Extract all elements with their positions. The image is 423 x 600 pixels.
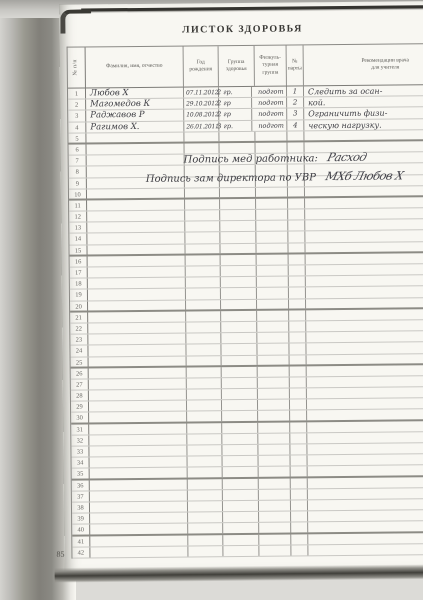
cell-desk (289, 321, 306, 331)
cell-desk (288, 198, 305, 208)
cell-pe (258, 389, 290, 399)
cell-desk (289, 288, 306, 298)
cell-health (219, 132, 255, 142)
cell-health (223, 534, 259, 545)
cell-health (222, 378, 258, 389)
page-bottom-edge-line (55, 564, 423, 583)
row-number: 39 (72, 514, 90, 524)
cell-pe (259, 489, 291, 499)
cell-birth (188, 468, 223, 478)
cell-name (88, 311, 186, 322)
row-number: 32 (71, 435, 89, 445)
cell-name (89, 390, 187, 401)
cell-desk (290, 422, 307, 432)
cell-desk (291, 500, 308, 510)
cell-pe: подгот (255, 98, 287, 108)
cell-pe (258, 400, 290, 410)
cell-desk (290, 377, 307, 387)
cell-rec (307, 364, 423, 376)
cell-name (89, 412, 187, 422)
row-number: 1 (68, 88, 86, 98)
cell-health (223, 490, 259, 501)
cell-name (88, 278, 186, 289)
cell-birth (188, 456, 223, 467)
cell-pe: подгот (255, 120, 287, 130)
row-number: 11 (69, 200, 87, 210)
cell-pe (257, 321, 289, 331)
paper-wrapper: ЛИСТОК ЗДОРОВЬЯ № п/п Фамилия, имя, отче… (0, 0, 423, 600)
row-number: 35 (72, 469, 90, 478)
deputy-director-signature-line: Подпись зам директора по УВР МХб Любов Х (146, 168, 404, 184)
cell-rec (307, 443, 423, 455)
cell-rec (306, 309, 423, 321)
cell-name (89, 356, 187, 366)
cell-birth (186, 322, 221, 333)
cell-name (88, 345, 186, 356)
cell-birth (185, 210, 220, 221)
cell-health (221, 333, 257, 344)
cell-health (222, 389, 258, 400)
cell-rec (307, 353, 423, 364)
cell-name (90, 535, 188, 546)
row-number: 10 (69, 189, 87, 198)
cell-desk (291, 489, 308, 499)
row-number: 9 (69, 178, 87, 188)
cell-health (220, 243, 256, 253)
cell-health (222, 445, 258, 456)
cell-desk (289, 254, 306, 264)
cell-name (89, 401, 187, 412)
cell-rec (307, 387, 423, 399)
cell-pe (257, 299, 289, 308)
cell-birth (185, 199, 220, 210)
cell-birth (184, 132, 219, 142)
cell-name (90, 479, 188, 490)
cell-pe (258, 411, 290, 420)
row-number: 2 (68, 100, 86, 110)
row-number: 8 (69, 167, 87, 177)
cell-name (87, 244, 185, 254)
cell-birth (185, 233, 220, 244)
cell-birth (186, 266, 221, 277)
cell-rec (306, 253, 423, 265)
page-number: 85 (56, 550, 64, 559)
cell-rec (306, 275, 423, 287)
header-full-name: Фамилия, имя, отчество (86, 47, 184, 88)
cell-name (90, 513, 188, 524)
cell-pe (257, 254, 289, 264)
cell-rec (308, 488, 423, 500)
cell-health (220, 210, 256, 221)
cell-desk (291, 511, 308, 521)
row-number: 15 (69, 245, 87, 254)
cell-health (223, 501, 259, 512)
cell-pe (257, 277, 289, 287)
deputy-director-signature-label: Подпись зам директора по УВР (146, 172, 316, 185)
cell-rec (307, 432, 423, 444)
row-number: 31 (71, 424, 89, 434)
cell-desk (290, 411, 307, 420)
cell-desk (290, 355, 307, 364)
header-health-group: Группа здоровья (219, 46, 255, 86)
cell-pe (258, 456, 290, 466)
row-number: 16 (70, 256, 88, 266)
cell-health (222, 411, 258, 421)
cell-desk (291, 523, 308, 532)
cell-birth (188, 535, 223, 546)
cell-desk (288, 221, 305, 231)
cell-rec: Ограничить физи- (304, 107, 423, 119)
cell-name (87, 233, 185, 244)
cell-name (89, 378, 187, 389)
cell-birth (186, 311, 221, 322)
header-desk-number: № парты (287, 45, 304, 85)
row-number: 38 (72, 502, 90, 512)
row-number: 13 (69, 223, 87, 233)
row-number: 29 (71, 402, 89, 412)
cell-pe (258, 377, 290, 387)
cell-pe (256, 210, 288, 220)
cell-desk (288, 243, 305, 252)
cell-health (223, 546, 259, 557)
cell-rec (307, 420, 423, 432)
deputy-director-signature: МХб Любов Х (324, 168, 405, 183)
cell-desk (290, 456, 307, 466)
row-number: 40 (72, 525, 90, 534)
cell-rec (305, 241, 423, 252)
cell-name (89, 434, 187, 445)
cell-pe (259, 500, 291, 510)
cell-pe (256, 187, 288, 196)
cell-health (220, 188, 256, 198)
cell-desk (288, 209, 305, 219)
cell-health (223, 523, 259, 533)
cell-birth (186, 300, 221, 310)
cell-name (89, 423, 187, 434)
row-number: 19 (70, 290, 88, 300)
cell-pe (259, 512, 291, 522)
cell-birth (188, 501, 223, 512)
cell-health (221, 266, 257, 277)
cell-rec: ческую нагрузку. (304, 118, 423, 130)
header-pe-group: Физкуль- турная группа (255, 46, 287, 86)
cell-health: 2 гр. (216, 87, 252, 98)
cell-pe (259, 523, 291, 532)
row-number: 36 (72, 480, 90, 490)
row-number: 22 (70, 323, 88, 333)
cell-desk (289, 299, 306, 308)
cell-desk (290, 433, 307, 443)
row-number: 24 (70, 346, 88, 356)
cell-birth (187, 356, 222, 366)
cell-name (90, 501, 188, 512)
cell-desk: 4 (287, 120, 304, 130)
cell-birth (187, 423, 222, 434)
row-number: 21 (70, 312, 88, 322)
cell-desk (290, 400, 307, 410)
cell-health (221, 299, 257, 309)
cell-birth: 26.01.2011 (184, 121, 219, 132)
cell-pe: подгот (255, 109, 287, 119)
cell-pe: подгот (255, 87, 287, 97)
cell-name (88, 267, 186, 278)
row-number: 7 (69, 156, 87, 166)
cell-birth: 10.08.2012 (184, 110, 219, 121)
cell-pe (256, 232, 288, 242)
cell-rec (304, 130, 423, 141)
cell-health (223, 512, 259, 523)
cell-birth (185, 244, 220, 254)
row-number: 26 (71, 368, 89, 378)
cell-name (90, 490, 188, 501)
cell-name: Любов Х (86, 88, 184, 99)
cell-name (87, 188, 185, 198)
cell-desk (289, 265, 306, 275)
cell-health (222, 355, 258, 365)
med-worker-signature: Расход (326, 150, 368, 164)
cell-health (221, 311, 257, 322)
cell-name (87, 211, 185, 222)
cell-pe (255, 131, 287, 140)
med-worker-signature-line: Подпись мед работника: Расход (184, 150, 367, 166)
cell-pe (257, 288, 289, 298)
cell-pe (256, 221, 288, 231)
row-number: 33 (71, 446, 89, 456)
cell-health (221, 322, 257, 333)
cell-birth (186, 255, 221, 266)
cell-desk (289, 332, 306, 342)
cell-rec (308, 543, 423, 555)
cell-pe (257, 266, 289, 276)
cell-name (89, 367, 187, 378)
cell-health: 2 гр (216, 98, 252, 109)
cell-health (223, 467, 259, 477)
cell-pe (258, 355, 290, 364)
cell-rec (307, 454, 423, 466)
cell-pe (258, 445, 290, 455)
cell-pe (257, 333, 289, 343)
cell-name (86, 143, 184, 154)
row-number: 3 (68, 111, 86, 121)
cell-pe (259, 545, 291, 555)
cell-birth (188, 546, 223, 557)
cell-birth (187, 434, 222, 445)
cell-rec (305, 197, 423, 209)
cell-rec (308, 510, 423, 522)
cell-health (221, 277, 257, 288)
cell-rec (308, 465, 423, 476)
cell-name (88, 300, 186, 310)
cell-name (88, 322, 186, 333)
cell-rec (306, 331, 423, 343)
cell-birth (187, 389, 222, 400)
cell-health (220, 232, 256, 243)
row-number: 41 (72, 536, 90, 546)
cell-birth (188, 523, 223, 533)
cell-rec (307, 398, 423, 410)
cell-rec (306, 342, 423, 354)
cell-rec: Следить за осан- (304, 85, 423, 97)
cell-rec (307, 409, 423, 420)
cell-name (90, 524, 188, 534)
cell-health: 2 гр (216, 109, 252, 120)
cell-rec (308, 476, 423, 488)
cell-pe (259, 478, 291, 488)
cell-rec (306, 297, 423, 308)
cell-desk (289, 344, 306, 354)
cell-pe (257, 344, 289, 354)
cell-desk (288, 232, 305, 242)
row-number: 17 (70, 267, 88, 277)
cell-pe (256, 198, 288, 208)
cell-name (88, 255, 186, 266)
health-sheet-table: № п/п Фамилия, имя, отчество Год рождени… (67, 43, 423, 559)
cell-health (221, 344, 257, 355)
cell-rec (305, 219, 423, 231)
cell-desk (291, 545, 308, 555)
cell-health (220, 199, 256, 210)
row-number: 25 (71, 357, 89, 366)
cell-pe (259, 534, 291, 544)
cell-birth: 07.11.2012 (184, 87, 219, 98)
cell-health: 3 гр. (216, 120, 252, 131)
row-number: 4 (68, 122, 86, 132)
cell-birth (187, 400, 222, 411)
cell-birth (185, 188, 220, 198)
cell-health (220, 221, 256, 232)
cell-name (88, 289, 186, 300)
cell-rec (305, 230, 423, 242)
cell-desk (290, 388, 307, 398)
cell-pe (257, 310, 289, 320)
cell-rec (308, 532, 423, 544)
cell-birth (187, 412, 222, 422)
cell-health (221, 255, 257, 266)
cell-desk (288, 187, 305, 196)
cell-name (90, 457, 188, 468)
cell-name: Рагимов Х. (86, 121, 184, 132)
cell-rec (306, 320, 423, 332)
cell-name (87, 199, 185, 210)
row-number: 18 (70, 279, 88, 289)
cell-desk (287, 131, 304, 140)
row-number: 20 (70, 301, 88, 310)
cell-name (90, 468, 188, 478)
cell-rec (308, 499, 423, 511)
cell-pe (259, 467, 291, 476)
cell-desk (290, 366, 307, 376)
cell-rec: кой. (304, 96, 423, 108)
cell-desk: 3 (287, 109, 304, 119)
cell-desk: 1 (287, 86, 304, 96)
header-row-number: № п/п (68, 47, 86, 87)
cell-desk (290, 444, 307, 454)
cell-name (87, 222, 185, 233)
header-recommendations: Рекомендации врача для учителя (304, 44, 423, 86)
row-number: 6 (69, 144, 87, 154)
cell-pe (256, 243, 288, 252)
cell-health (221, 288, 257, 299)
row-number: 27 (71, 379, 89, 389)
cell-name (89, 446, 187, 457)
row-number: 34 (72, 458, 90, 468)
cell-desk: 2 (287, 98, 304, 108)
row-number: 12 (69, 212, 87, 222)
cell-birth (186, 344, 221, 355)
cell-desk (289, 310, 306, 320)
row-number: 23 (70, 335, 88, 345)
scanned-health-sheet-page: ЛИСТОК ЗДОРОВЬЯ № п/п Фамилия, имя, отче… (0, 0, 423, 600)
cell-rec (306, 286, 423, 298)
cell-birth (188, 490, 223, 501)
cell-health (222, 367, 258, 378)
cell-pe (258, 422, 290, 432)
row-number: 30 (71, 413, 89, 422)
cell-birth (188, 512, 223, 523)
cell-birth (185, 221, 220, 232)
cell-birth (186, 289, 221, 300)
cell-rec (306, 264, 423, 276)
table-header-row: № п/п Фамилия, имя, отчество Год рождени… (68, 44, 423, 89)
cell-desk (291, 467, 308, 476)
cell-health (222, 434, 258, 445)
row-number: 42 (72, 547, 90, 557)
cell-birth (187, 367, 222, 378)
header-birth-year: Год рождения (184, 46, 219, 86)
cell-birth (186, 277, 221, 288)
row-number: 14 (69, 234, 87, 244)
cell-birth (187, 378, 222, 389)
cell-birth (187, 445, 222, 456)
cell-health (222, 400, 258, 411)
cell-pe (258, 433, 290, 443)
cell-desk (291, 534, 308, 544)
cell-health (222, 422, 258, 433)
cell-name (86, 132, 184, 142)
cell-desk (289, 277, 306, 287)
cell-desk (291, 478, 308, 488)
cell-name: Магомедов К (86, 99, 184, 110)
cell-birth (186, 333, 221, 344)
cell-birth (188, 479, 223, 490)
cell-name: Раджавов Р (86, 110, 184, 121)
cell-pe (258, 366, 290, 376)
cell-rec (305, 185, 423, 196)
cell-rec (305, 208, 423, 220)
cell-health (223, 456, 259, 467)
cell-birth: 29.10.2012 (184, 98, 219, 109)
cell-rec (307, 376, 423, 388)
cell-health (223, 478, 259, 489)
cell-name (88, 334, 186, 345)
cell-rec (308, 521, 423, 532)
cell-name (90, 546, 188, 557)
med-worker-signature-label: Подпись мед работника: (184, 153, 318, 165)
cell-name (87, 155, 185, 166)
row-number: 28 (71, 391, 89, 401)
row-number: 5 (68, 133, 86, 142)
row-number: 37 (72, 491, 90, 501)
